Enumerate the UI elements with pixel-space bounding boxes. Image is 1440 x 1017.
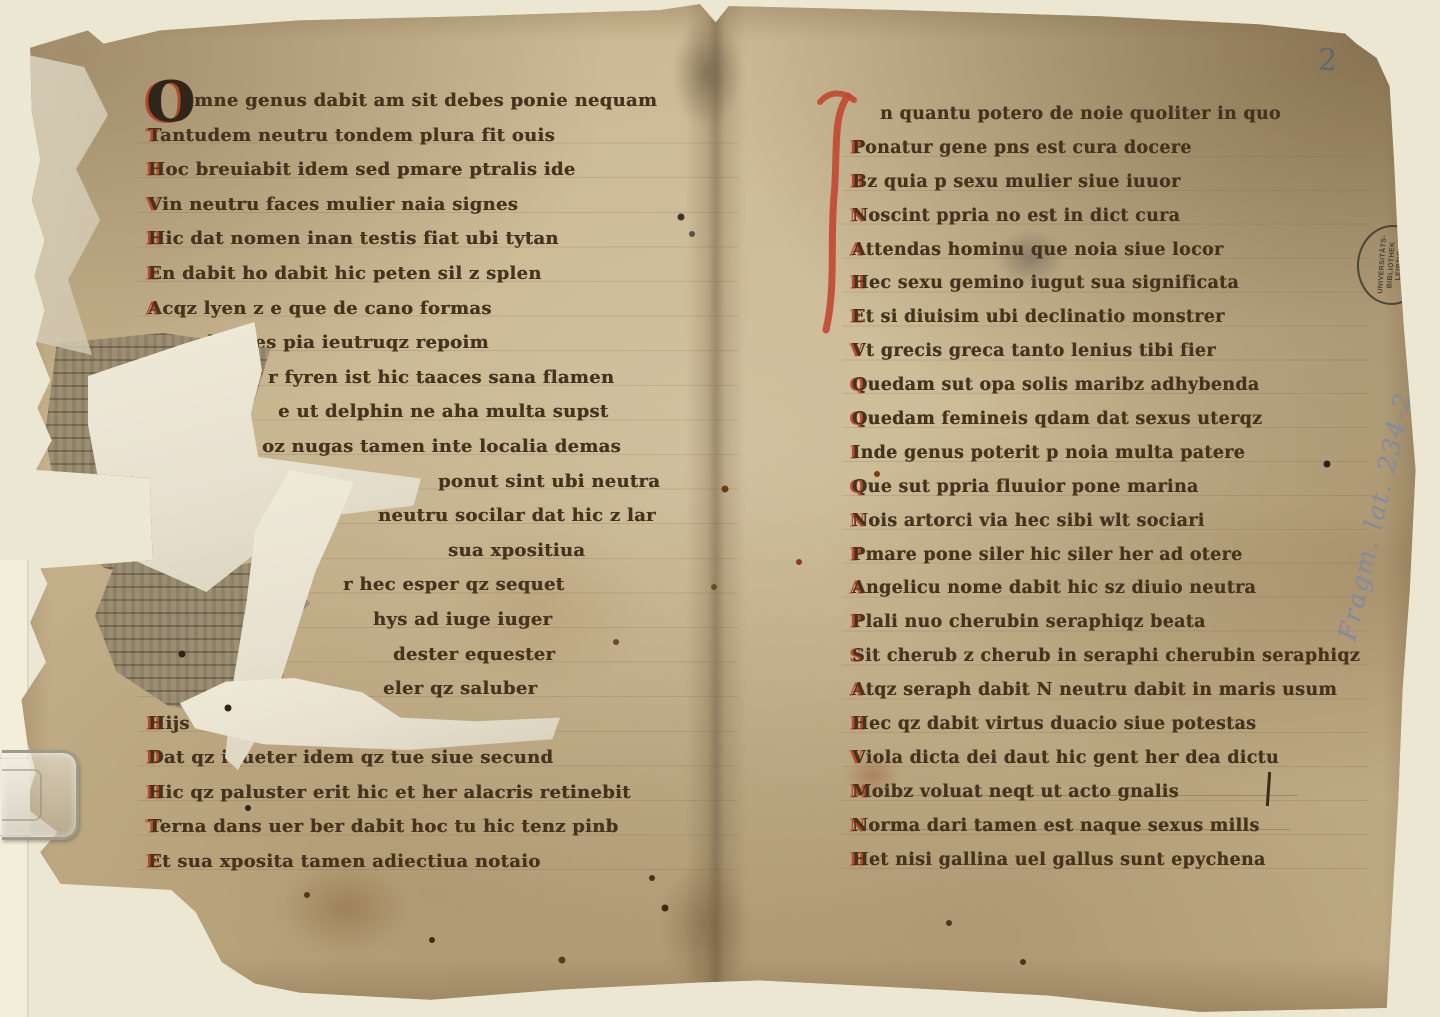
crease-line-2 xyxy=(850,829,1290,830)
rubricated-line-initial: E xyxy=(852,307,866,327)
rubricated-line-initial: H xyxy=(852,714,869,734)
manuscript-line-left-17: dester equester xyxy=(393,638,708,673)
paperclip xyxy=(2,750,79,840)
rubricated-line-initial: E xyxy=(148,851,162,872)
manuscript-line-right-22: Norma dari tamen est naque sexus mills xyxy=(852,810,1338,844)
manuscript-line-right-8: Vt grecis greca tanto lenius tibi fier xyxy=(852,335,1338,369)
rubricated-line-initial: V xyxy=(852,341,866,361)
manuscript-line-left-12: ponut sint ubi neutra xyxy=(438,465,708,500)
manuscript-line-right-19: Hec qz dabit virtus duacio siue potestas xyxy=(852,708,1338,742)
manuscript-line-left-10: e ut delphin ne aha multa supst xyxy=(278,395,708,430)
rubricated-line-initial: E xyxy=(148,263,162,284)
rubricated-line-initial: A xyxy=(852,240,866,260)
rubricated-line-initial: T xyxy=(148,816,160,837)
manuscript-line-right-16: Plali nuo cherubin seraphiqz beata xyxy=(852,606,1338,640)
manuscript-line-right-5: Attendas hominu que noia siue locor xyxy=(852,234,1338,268)
manuscript-line-left-23: Et sua xposita tamen adiectiua notaio xyxy=(148,845,708,880)
manuscript-line-right-17: Sit cherub z cherub in seraphi cherubin … xyxy=(852,640,1338,674)
rubricated-line-initial: P xyxy=(852,138,865,158)
rubricated-line-initial: A xyxy=(852,680,866,700)
stamp-line: LEIPZIG xyxy=(1395,250,1405,281)
manuscript-line-left-9: r fyren ist hic taaces sana flamen xyxy=(268,361,708,396)
manuscript-line-right-18: Atqz seraph dabit N neutru dabit in mari… xyxy=(852,674,1338,708)
manuscript-line-left-18: eler qz saluber xyxy=(383,672,708,707)
manuscript-line-left-6: En dabit ho dabit hic peten sil z splen xyxy=(148,257,708,292)
manuscript-line-left-11: oz nugas tamen inte localia demas xyxy=(262,430,708,465)
rubricated-line-initial: N xyxy=(852,816,868,836)
manuscript-photo-scene: { "page_number": "2", "pencil_shelfmark"… xyxy=(0,0,1440,1017)
manuscript-line-left-16: hys ad iuge iuger xyxy=(373,603,708,638)
manuscript-line-left-4: Vin neutru faces mulier naia signes xyxy=(148,188,708,223)
manuscript-line-left-15: r hec esper qz sequet xyxy=(343,568,708,603)
rubricated-line-initial: D xyxy=(148,747,164,768)
manuscript-line-right-10: Quedam femineis qdam dat sexus uterqz xyxy=(852,403,1338,437)
rubricated-line-initial: V xyxy=(148,194,162,215)
manuscript-line-right-12: Que sut ppria fluuior pone marina xyxy=(852,471,1338,505)
rubricated-line-initial: H xyxy=(852,273,869,293)
torn-edge-highlight xyxy=(28,55,108,355)
rubricated-line-initial: H xyxy=(852,850,869,870)
manuscript-line-right-15: Angelicu nome dabit hic sz diuio neutra xyxy=(852,572,1338,606)
rubricated-line-initial: A xyxy=(148,298,162,319)
manuscript-line-right-1: n quantu potero de noie quoliter in quo xyxy=(880,98,1338,132)
manuscript-line-left-21: Hic qz paluster erit hic et her alacris … xyxy=(148,776,708,811)
parchment-bifolium: O mne genus dabit am sit debes ponie neq… xyxy=(0,0,1440,1017)
rubricated-line-initial: Q xyxy=(852,409,868,429)
manuscript-line-right-23: Het nisi gallina uel gallus sunt epychen… xyxy=(852,844,1338,878)
library-stamp: UNIVERSITÄTS- BIBLIOTHEK LEIPZIG xyxy=(1354,223,1429,308)
manuscript-line-right-13: Nois artorci via hec sibi wlt sociari xyxy=(852,505,1338,539)
manuscript-line-right-9: Quedam sut opa solis maribz adhybenda xyxy=(852,369,1338,403)
rubricated-line-initial: Q xyxy=(852,375,868,395)
manuscript-line-left-14: sua xpositiua xyxy=(448,534,708,569)
rubricated-line-initial: H xyxy=(148,159,165,180)
rubricated-line-initial: B xyxy=(852,172,867,192)
rubricated-line-initial: T xyxy=(148,125,160,146)
crease-line xyxy=(850,795,1298,796)
manuscript-line-right-7: Et si diuisim ubi declinatio monstrer xyxy=(852,301,1338,335)
manuscript-line-right-20: Viola dicta dei daut hic gent her dea di… xyxy=(852,742,1338,776)
manuscript-line-left-3: Hoc breuiabit idem sed pmare ptralis ide xyxy=(148,153,708,188)
manuscript-line-right-2: Ponatur gene pns est cura docere xyxy=(852,132,1338,166)
rubricated-line-initial: P xyxy=(852,545,865,565)
rubricated-line-initial: I xyxy=(852,443,861,463)
rubricated-line-initial: H xyxy=(148,782,165,803)
wormholes-and-specks xyxy=(0,0,4,4)
manuscript-line-left-2: Tantudem neutru tondem plura fit ouis xyxy=(148,119,708,154)
rubricated-line-initial: M xyxy=(852,782,872,802)
rubricated-line-initial: V xyxy=(852,748,866,768)
rubricated-line-initial: A xyxy=(852,578,866,598)
manuscript-line-right-6: Hec sexu gemino iugut sua significata xyxy=(852,267,1338,301)
rubricated-line-initial: Q xyxy=(852,477,868,497)
rubricated-line-initial: H xyxy=(148,228,165,249)
manuscript-line-left-5: Hic dat nomen inan testis fiat ubi tytan xyxy=(148,222,708,257)
manuscript-line-right-11: Inde genus poterit p noia multa patere xyxy=(852,437,1338,471)
rubricated-line-initial: N xyxy=(852,206,868,226)
rubricated-line-initial: H xyxy=(148,713,165,734)
manuscript-line-right-4: Noscint ppria no est in dict cura xyxy=(852,200,1338,234)
right-text-column: n quantu potero de noie quoliter in quoP… xyxy=(852,98,1338,877)
manuscript-line-right-3: Bz quia p sexu mulier siue iuuor xyxy=(852,166,1338,200)
rubricated-line-initial: P xyxy=(852,612,865,632)
manuscript-line-left-22: Terna dans uer ber dabit hoc tu hic tenz… xyxy=(148,810,708,845)
manuscript-line-left-7: Acqz lyen z e que de cano formas xyxy=(148,292,708,327)
manuscript-line-left-1: mne genus dabit am sit debes ponie nequa… xyxy=(194,84,708,119)
manuscript-line-right-14: Pmare pone siler hic siler her ad otere xyxy=(852,539,1338,573)
rubricated-line-initial: S xyxy=(852,646,865,666)
manuscript-line-left-13: neutru socilar dat hic z lar xyxy=(378,499,708,534)
page-number: 2 xyxy=(1317,46,1338,77)
rubricated-line-initial: N xyxy=(852,511,868,531)
